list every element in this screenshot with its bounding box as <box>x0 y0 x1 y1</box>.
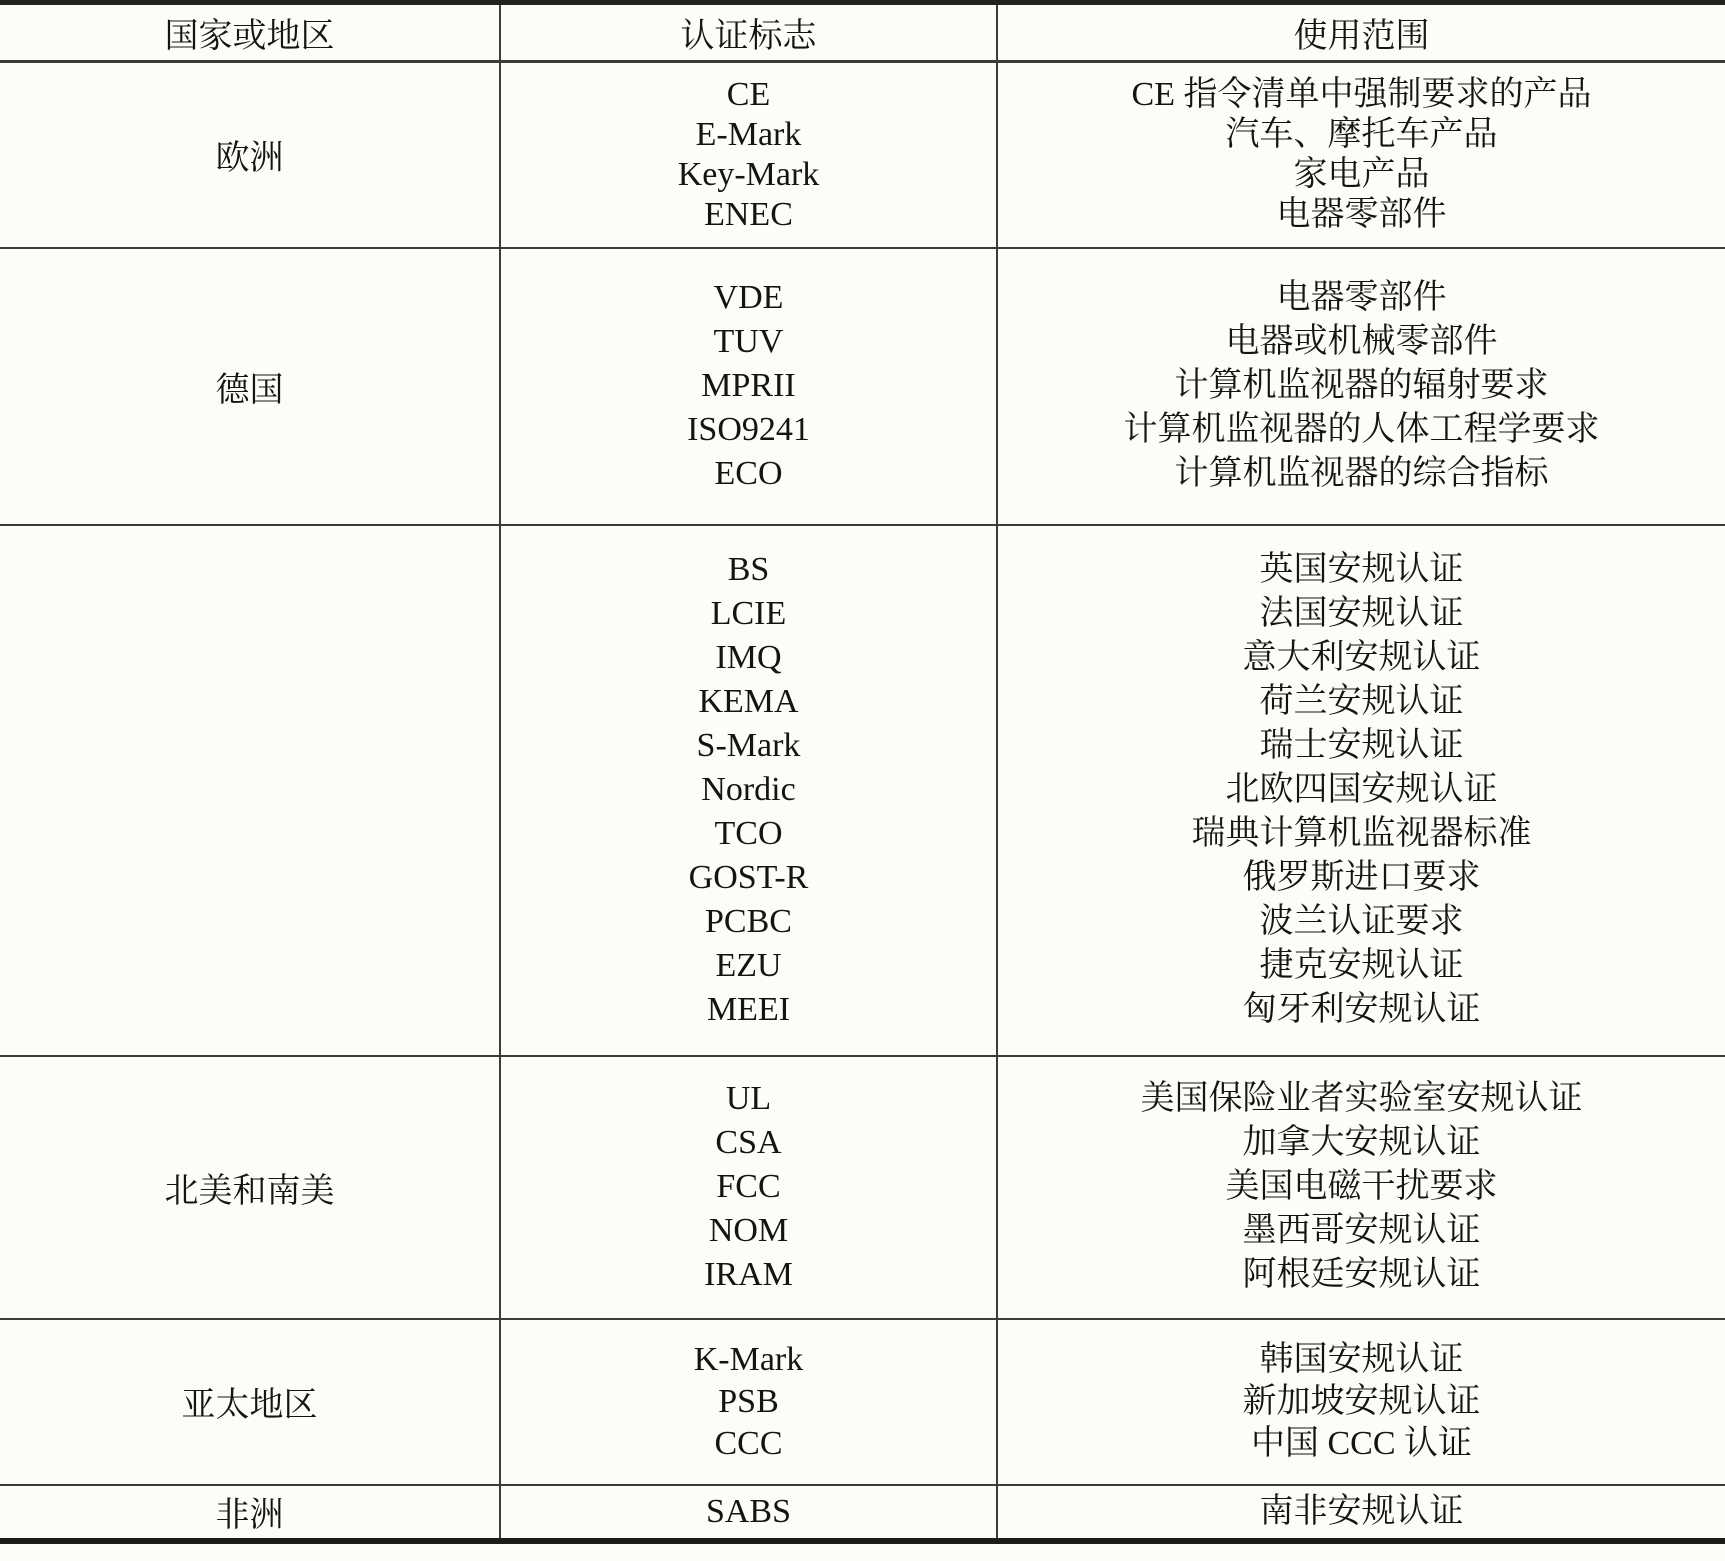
mark-name: LCIE <box>501 592 996 636</box>
usage-scope: 荷兰安规认证 <box>998 680 1725 724</box>
header-row: 国家或地区 认证标志 使用范围 <box>0 3 1725 62</box>
usage-scope: 匈牙利安规认证 <box>998 988 1725 1032</box>
usage-scope: 南非安规认证 <box>998 1490 1725 1534</box>
table-row-asia-pacific: 亚太地区 K-Mark PSB CCC 韩国安规认证 新加坡安规认证 中国 CC… <box>0 1319 1725 1485</box>
mark-name: K-Mark <box>501 1339 996 1381</box>
region-cell <box>0 525 500 1056</box>
usage-scope: 波兰认证要求 <box>998 900 1725 944</box>
table-header: 国家或地区 认证标志 使用范围 <box>0 3 1725 62</box>
mark-name: S-Mark <box>501 724 996 768</box>
mark-name: FCC <box>501 1165 996 1209</box>
usage-scope: 瑞典计算机监视器标准 <box>998 812 1725 856</box>
mark-name: TUV <box>501 320 996 364</box>
mark-name: GOST-R <box>501 856 996 900</box>
table-row-europe-national: BS LCIE IMQ KEMA S-Mark Nordic TCO GOST-… <box>0 525 1725 1056</box>
region-cell: 北美和南美 <box>0 1056 500 1319</box>
usage-scope: 法国安规认证 <box>998 592 1725 636</box>
usage-scope: 电器或机械零部件 <box>998 320 1725 364</box>
scopes-cell: 英国安规认证 法国安规认证 意大利安规认证 荷兰安规认证 瑞士安规认证 北欧四国… <box>997 525 1725 1056</box>
usage-scope: 新加坡安规认证 <box>998 1381 1725 1423</box>
usage-scope: 俄罗斯进口要求 <box>998 856 1725 900</box>
usage-scope: 瑞士安规认证 <box>998 724 1725 768</box>
marks-cell: UL CSA FCC NOM IRAM <box>500 1056 997 1319</box>
mark-name: IRAM <box>501 1253 996 1297</box>
mark-name: CCC <box>501 1423 996 1465</box>
mark-name: Nordic <box>501 768 996 812</box>
column-header-scope: 使用范围 <box>997 3 1725 62</box>
scopes-cell: 南非安规认证 <box>997 1485 1725 1541</box>
usage-scope: 意大利安规认证 <box>998 636 1725 680</box>
mark-name: ENEC <box>501 195 996 235</box>
table-row-europe: 欧洲 CE E-Mark Key-Mark ENEC CE 指令清单中强制要求的… <box>0 62 1725 248</box>
scopes-cell: 电器零部件 电器或机械零部件 计算机监视器的辐射要求 计算机监视器的人体工程学要… <box>997 248 1725 525</box>
usage-scope: 英国安规认证 <box>998 548 1725 592</box>
mark-name: TCO <box>501 812 996 856</box>
mark-name: CSA <box>501 1121 996 1165</box>
scopes-cell: 美国保险业者实验室安规认证 加拿大安规认证 美国电磁干扰要求 墨西哥安规认证 阿… <box>997 1056 1725 1319</box>
usage-scope: 电器零部件 <box>998 195 1725 235</box>
marks-cell: K-Mark PSB CCC <box>500 1319 997 1485</box>
mark-name: ECO <box>501 452 996 496</box>
region-cell: 德国 <box>0 248 500 525</box>
usage-scope: 墨西哥安规认证 <box>998 1209 1725 1253</box>
usage-scope: 韩国安规认证 <box>998 1339 1725 1381</box>
mark-name: KEMA <box>501 680 996 724</box>
region-cell: 亚太地区 <box>0 1319 500 1485</box>
usage-scope: 美国电磁干扰要求 <box>998 1165 1725 1209</box>
mark-name: MEEI <box>501 988 996 1032</box>
table-row-germany: 德国 VDE TUV MPRII ISO9241 ECO 电器零部件 电器或机械… <box>0 248 1725 525</box>
usage-scope: 捷克安规认证 <box>998 944 1725 988</box>
marks-cell: VDE TUV MPRII ISO9241 ECO <box>500 248 997 525</box>
usage-scope: 计算机监视器的综合指标 <box>998 452 1725 496</box>
usage-scope: 计算机监视器的人体工程学要求 <box>998 408 1725 452</box>
column-header-mark: 认证标志 <box>500 3 997 62</box>
usage-scope: 美国保险业者实验室安规认证 <box>998 1077 1725 1121</box>
region-cell: 欧洲 <box>0 62 500 248</box>
marks-cell: BS LCIE IMQ KEMA S-Mark Nordic TCO GOST-… <box>500 525 997 1056</box>
mark-name: UL <box>501 1077 996 1121</box>
table-row-africa: 非洲 SABS 南非安规认证 <box>0 1485 1725 1541</box>
usage-scope: 家电产品 <box>998 155 1725 195</box>
marks-cell: CE E-Mark Key-Mark ENEC <box>500 62 997 248</box>
mark-name: EZU <box>501 944 996 988</box>
mark-name: NOM <box>501 1209 996 1253</box>
region-cell: 非洲 <box>0 1485 500 1541</box>
usage-scope: 电器零部件 <box>998 276 1725 320</box>
mark-name: IMQ <box>501 636 996 680</box>
scopes-cell: 韩国安规认证 新加坡安规认证 中国 CCC 认证 <box>997 1319 1725 1485</box>
scopes-cell: CE 指令清单中强制要求的产品 汽车、摩托车产品 家电产品 电器零部件 <box>997 62 1725 248</box>
mark-name: BS <box>501 548 996 592</box>
mark-name: CE <box>501 75 996 115</box>
marks-cell: SABS <box>500 1485 997 1541</box>
usage-scope: 北欧四国安规认证 <box>998 768 1725 812</box>
usage-scope: 阿根廷安规认证 <box>998 1253 1725 1297</box>
column-header-region: 国家或地区 <box>0 3 500 62</box>
mark-name: VDE <box>501 276 996 320</box>
certification-table: 国家或地区 认证标志 使用范围 欧洲 CE E-Mark Key-Mark EN… <box>0 0 1725 1544</box>
table-row-americas: 北美和南美 UL CSA FCC NOM IRAM 美国保险业者实验室安规认证 … <box>0 1056 1725 1319</box>
mark-name: SABS <box>501 1490 996 1534</box>
mark-name: ISO9241 <box>501 408 996 452</box>
mark-name: PSB <box>501 1381 996 1423</box>
scanned-table-page: 国家或地区 认证标志 使用范围 欧洲 CE E-Mark Key-Mark EN… <box>0 0 1725 1561</box>
mark-name: MPRII <box>501 364 996 408</box>
usage-scope: 计算机监视器的辐射要求 <box>998 364 1725 408</box>
mark-name: Key-Mark <box>501 155 996 195</box>
mark-name: E-Mark <box>501 115 996 155</box>
usage-scope: 汽车、摩托车产品 <box>998 115 1725 155</box>
usage-scope: CE 指令清单中强制要求的产品 <box>998 75 1725 115</box>
usage-scope: 加拿大安规认证 <box>998 1121 1725 1165</box>
mark-name: PCBC <box>501 900 996 944</box>
usage-scope: 中国 CCC 认证 <box>998 1423 1725 1465</box>
